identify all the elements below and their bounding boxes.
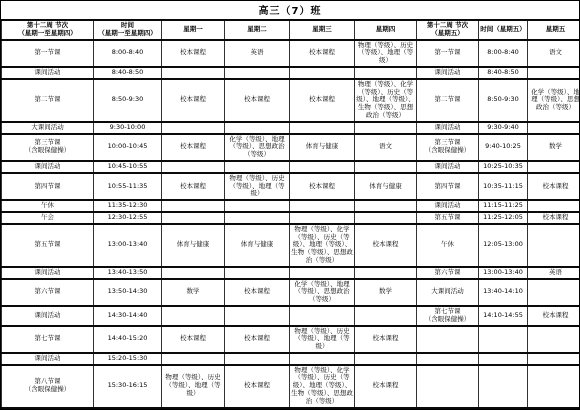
page-title: 高三（7）班 bbox=[1, 1, 579, 19]
subject-cell: 校本课程 bbox=[225, 279, 290, 306]
period-label-cell: 课间活动 bbox=[417, 200, 479, 212]
time-cell: 13:00-13:40 bbox=[479, 267, 528, 279]
table-row: 第八节课 （含眼保健操）15:30-16:15物理（等级）、历史（等级）、地理（… bbox=[2, 365, 580, 408]
subject-cell bbox=[528, 353, 580, 365]
time-cell: 9:40-10:25 bbox=[479, 134, 528, 161]
subject-cell bbox=[225, 267, 290, 279]
table-row: 午休11:35-12:30课间活动11:15-11:25 bbox=[2, 200, 580, 212]
subject-cell: 校本课程 bbox=[162, 173, 225, 200]
time-cell: 13:00-13:40 bbox=[94, 224, 162, 267]
period-label-cell: 课间活动 bbox=[2, 161, 94, 173]
time-cell: 13:50-14:30 bbox=[94, 279, 162, 306]
subject-cell bbox=[290, 212, 355, 224]
period-label-cell: 第五节课 bbox=[417, 212, 479, 224]
period-label-cell: 午会 bbox=[2, 212, 94, 224]
period-label-cell: 午休 bbox=[417, 224, 479, 267]
period-label-cell: 第七节课 （含眼保健操） bbox=[417, 306, 479, 326]
subject-cell: 校本课程 bbox=[355, 326, 417, 353]
subject-cell: 校本课程 bbox=[290, 173, 355, 200]
col-header-thursday: 星期四 bbox=[355, 20, 417, 40]
subject-cell: 物理（等级）、化学（等级）、历史（等级）、地理（等级）、生物（等级）、思想政治（… bbox=[355, 79, 417, 122]
subject-cell bbox=[162, 161, 225, 173]
subject-cell: 物理（等级）、历史（等级）、地理（等级） bbox=[290, 326, 355, 353]
subject-cell: 体育与健康 bbox=[162, 224, 225, 267]
time-cell: 10:45-10:55 bbox=[94, 161, 162, 173]
subject-cell: 物理（等级）、历史（等级）、地理（等级） bbox=[225, 173, 290, 200]
col-header-period-mon-thu: 第十二周 节次 （星期一至星期四） bbox=[2, 20, 94, 40]
period-label-cell: 第三节课 （含眼保健操） bbox=[417, 134, 479, 161]
table-row: 大课间活动9:30-10:00课间活动9:30-9:40 bbox=[2, 122, 580, 134]
subject-cell: 物理（等级）、化学（等级）、历史（等级）、地理（等级）、生物（等级）、思想政治（… bbox=[290, 224, 355, 267]
subject-cell bbox=[355, 67, 417, 79]
subject-cell bbox=[528, 224, 580, 267]
time-cell: 13:40-14:10 bbox=[479, 279, 528, 306]
period-label-cell: 第三节课 （含眼保健操） bbox=[2, 134, 94, 161]
period-label-cell: 第二节课 bbox=[417, 79, 479, 122]
period-label-cell: 第七节课 bbox=[2, 326, 94, 353]
subject-cell bbox=[225, 161, 290, 173]
subject-cell bbox=[162, 200, 225, 212]
time-cell: 11:35-12:30 bbox=[94, 200, 162, 212]
subject-cell bbox=[355, 161, 417, 173]
table-row: 课间活动14:30-14:40第七节课 （含眼保健操）14:10-14:55校本… bbox=[2, 306, 580, 326]
time-cell: 13:40-13:50 bbox=[94, 267, 162, 279]
period-label-cell: 课间活动 bbox=[417, 161, 479, 173]
subject-cell: 英语 bbox=[225, 40, 290, 67]
subject-cell bbox=[290, 161, 355, 173]
subject-cell: 化学（等级）、地理（等级）、思想政治（等级） bbox=[225, 134, 290, 161]
col-header-period-fri: 第十二周 节次 （星期五） bbox=[417, 20, 479, 40]
subject-cell: 校本课程 bbox=[290, 40, 355, 67]
subject-cell: 英语 bbox=[528, 267, 580, 279]
subject-cell: 语文 bbox=[355, 134, 417, 161]
schedule-body: 第一节课8:00-8:40校本课程英语校本课程物理（等级）、历史（等级）、地理（… bbox=[2, 40, 580, 408]
subject-cell bbox=[290, 353, 355, 365]
subject-cell bbox=[355, 200, 417, 212]
subject-cell bbox=[162, 353, 225, 365]
subject-cell bbox=[528, 326, 580, 353]
time-cell: 14:10-14:55 bbox=[479, 306, 528, 326]
schedule-table: 第十二周 节次 （星期一至星期四） 时间 （星期一至星期四） 星期一 星期二 星… bbox=[1, 19, 580, 409]
header-row: 第十二周 节次 （星期一至星期四） 时间 （星期一至星期四） 星期一 星期二 星… bbox=[2, 20, 580, 40]
subject-cell bbox=[528, 122, 580, 134]
table-row: 课间活动8:40-8:50课间活动8:40-8:50 bbox=[2, 67, 580, 79]
time-cell: 8:50-9:30 bbox=[94, 79, 162, 122]
subject-cell: 语文 bbox=[528, 40, 580, 67]
subject-cell bbox=[528, 67, 580, 79]
subject-cell bbox=[225, 212, 290, 224]
subject-cell bbox=[225, 306, 290, 326]
subject-cell bbox=[355, 212, 417, 224]
period-label-cell: 课间活动 bbox=[2, 306, 94, 326]
table-row: 课间活动10:45-10:55课间活动10:25-10:35 bbox=[2, 161, 580, 173]
time-cell: 10:00-10:45 bbox=[94, 134, 162, 161]
period-label-cell: 第一节课 bbox=[417, 40, 479, 67]
table-row: 课间活动15:20-15:30 bbox=[2, 353, 580, 365]
time-cell: 10:55-11:35 bbox=[94, 173, 162, 200]
subject-cell bbox=[355, 306, 417, 326]
subject-cell: 化学（等级）、地理（等级）、思想政治（等级） bbox=[528, 79, 580, 122]
subject-cell: 物理（等级）、化学（等级）、历史（等级）、地理（等级）、生物（等级）、思想政治（… bbox=[290, 365, 355, 408]
subject-cell: 物理（等级）、历史（等级）、地理（等级） bbox=[355, 40, 417, 67]
timetable-sheet: 高三（7）班 第十二周 节次 （星期一至星期四） 时间 （星期一至星期四） 星期… bbox=[0, 0, 580, 410]
period-label-cell: 课间活动 bbox=[417, 122, 479, 134]
subject-cell: 数学 bbox=[355, 279, 417, 306]
subject-cell: 物理（等级）、历史（等级）、地理（等级） bbox=[162, 365, 225, 408]
subject-cell: 校本课程 bbox=[162, 79, 225, 122]
table-row: 第六节课13:50-14:30数学校本课程化学（等级）、地理（等级）、思想政治（… bbox=[2, 279, 580, 306]
table-row: 第二节课8:50-9:30校本课程校本课程校本课程物理（等级）、化学（等级）、历… bbox=[2, 79, 580, 122]
col-header-time-fri: 时间（星期五） bbox=[479, 20, 528, 40]
time-cell: 15:30-16:15 bbox=[94, 365, 162, 408]
period-label-cell: 课间活动 bbox=[417, 67, 479, 79]
subject-cell bbox=[162, 212, 225, 224]
subject-cell bbox=[225, 200, 290, 212]
subject-cell: 校本课程 bbox=[225, 326, 290, 353]
subject-cell bbox=[355, 267, 417, 279]
subject-cell bbox=[528, 161, 580, 173]
subject-cell: 校本课程 bbox=[528, 306, 580, 326]
time-cell bbox=[479, 326, 528, 353]
subject-cell bbox=[162, 122, 225, 134]
period-label-cell: 大课间活动 bbox=[2, 122, 94, 134]
time-cell: 11:15-11:25 bbox=[479, 200, 528, 212]
subject-cell: 数学 bbox=[528, 134, 580, 161]
subject-cell bbox=[355, 353, 417, 365]
time-cell: 11:25-12:05 bbox=[479, 212, 528, 224]
period-label-cell: 第一节课 bbox=[2, 40, 94, 67]
time-cell: 8:40-8:50 bbox=[94, 67, 162, 79]
subject-cell bbox=[162, 306, 225, 326]
table-row: 第四节课10:55-11:35校本课程物理（等级）、历史（等级）、地理（等级）校… bbox=[2, 173, 580, 200]
subject-cell bbox=[162, 67, 225, 79]
period-label-cell: 大课间活动 bbox=[417, 279, 479, 306]
subject-cell bbox=[225, 353, 290, 365]
subject-cell: 体育与健康 bbox=[225, 224, 290, 267]
subject-cell: 体育与健康 bbox=[290, 134, 355, 161]
subject-cell bbox=[528, 200, 580, 212]
subject-cell: 数学 bbox=[162, 279, 225, 306]
table-row: 课间活动13:40-13:50第六节课13:00-13:40英语 bbox=[2, 267, 580, 279]
subject-cell: 校本课程 bbox=[162, 134, 225, 161]
subject-cell bbox=[290, 200, 355, 212]
table-row: 午会12:30-12:55第五节课11:25-12:05校本课程 bbox=[2, 212, 580, 224]
time-cell bbox=[479, 365, 528, 408]
period-label-cell: 第六节课 bbox=[417, 267, 479, 279]
subject-cell bbox=[162, 267, 225, 279]
table-row: 第一节课8:00-8:40校本课程英语校本课程物理（等级）、历史（等级）、地理（… bbox=[2, 40, 580, 67]
subject-cell: 校本课程 bbox=[162, 326, 225, 353]
time-cell: 12:30-12:55 bbox=[94, 212, 162, 224]
subject-cell bbox=[290, 306, 355, 326]
subject-cell bbox=[225, 67, 290, 79]
subject-cell bbox=[290, 267, 355, 279]
subject-cell bbox=[528, 279, 580, 306]
period-label-cell: 午休 bbox=[2, 200, 94, 212]
period-label-cell: 第四节课 bbox=[417, 173, 479, 200]
period-label-cell bbox=[417, 365, 479, 408]
subject-cell bbox=[355, 122, 417, 134]
period-label-cell: 第二节课 bbox=[2, 79, 94, 122]
subject-cell: 校本课程 bbox=[528, 173, 580, 200]
period-label-cell bbox=[417, 353, 479, 365]
time-cell: 14:30-14:40 bbox=[94, 306, 162, 326]
subject-cell: 校本课程 bbox=[355, 224, 417, 267]
subject-cell bbox=[290, 122, 355, 134]
period-label-cell: 课间活动 bbox=[2, 267, 94, 279]
subject-cell: 校本课程 bbox=[290, 79, 355, 122]
time-cell: 12:05-13:00 bbox=[479, 224, 528, 267]
table-row: 第七节课14:40-15:20校本课程校本课程物理（等级）、历史（等级）、地理（… bbox=[2, 326, 580, 353]
period-label-cell: 课间活动 bbox=[2, 353, 94, 365]
col-header-wednesday: 星期三 bbox=[290, 20, 355, 40]
period-label-cell bbox=[417, 326, 479, 353]
period-label-cell: 第五节课 bbox=[2, 224, 94, 267]
period-label-cell: 课间活动 bbox=[2, 67, 94, 79]
col-header-friday: 星期五 bbox=[528, 20, 580, 40]
period-label-cell: 第六节课 bbox=[2, 279, 94, 306]
time-cell: 8:40-8:50 bbox=[479, 67, 528, 79]
subject-cell bbox=[290, 67, 355, 79]
subject-cell: 校本课程 bbox=[225, 365, 290, 408]
col-header-tuesday: 星期二 bbox=[225, 20, 290, 40]
table-row: 第五节课13:00-13:40体育与健康体育与健康物理（等级）、化学（等级）、历… bbox=[2, 224, 580, 267]
time-cell: 14:40-15:20 bbox=[94, 326, 162, 353]
subject-cell: 化学（等级）、地理（等级）、思想政治（等级） bbox=[290, 279, 355, 306]
col-header-time-mon-thu: 时间 （星期一至星期四） bbox=[94, 20, 162, 40]
period-label-cell: 第八节课 （含眼保健操） bbox=[2, 365, 94, 408]
col-header-monday: 星期一 bbox=[162, 20, 225, 40]
time-cell: 10:35-11:15 bbox=[479, 173, 528, 200]
subject-cell bbox=[528, 365, 580, 408]
time-cell: 15:20-15:30 bbox=[94, 353, 162, 365]
subject-cell bbox=[225, 122, 290, 134]
subject-cell: 校本课程 bbox=[355, 365, 417, 408]
time-cell: 8:00-8:40 bbox=[94, 40, 162, 67]
subject-cell: 体育与健康 bbox=[355, 173, 417, 200]
subject-cell: 校本课程 bbox=[162, 40, 225, 67]
time-cell: 8:00-8:40 bbox=[479, 40, 528, 67]
table-row: 第三节课 （含眼保健操）10:00-10:45校本课程化学（等级）、地理（等级）… bbox=[2, 134, 580, 161]
time-cell: 8:50-9:30 bbox=[479, 79, 528, 122]
subject-cell: 校本课程 bbox=[528, 212, 580, 224]
time-cell: 9:30-10:00 bbox=[94, 122, 162, 134]
period-label-cell: 第四节课 bbox=[2, 173, 94, 200]
time-cell: 9:30-9:40 bbox=[479, 122, 528, 134]
subject-cell: 校本课程 bbox=[225, 79, 290, 122]
time-cell bbox=[479, 353, 528, 365]
time-cell: 10:25-10:35 bbox=[479, 161, 528, 173]
